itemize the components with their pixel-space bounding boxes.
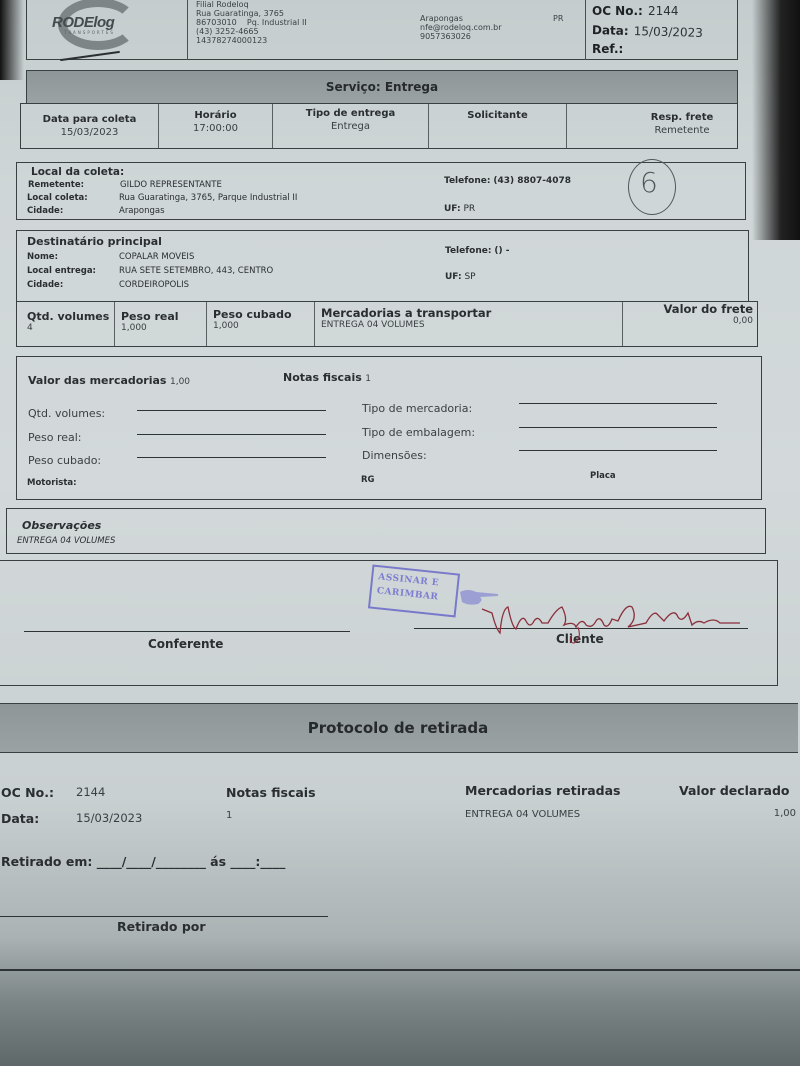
branch-info: Filial Rodeloq Rua Guaratinga, 3765 8670… [196, 0, 307, 45]
branch-doc: 14378274000123 [196, 36, 307, 45]
service-table: Data para coleta 15/03/2023 Horário 17:0… [20, 103, 738, 149]
cargo-qty: Qtd. volumes 4 [17, 302, 115, 346]
service-col-time: Horário 17:00:00 [159, 104, 273, 148]
withdrawn-by-label: Retirado por [117, 919, 206, 934]
cargo-table: Qtd. volumes 4 Peso real 1,000 Peso cuba… [16, 301, 758, 347]
service-col-delivery-type: Tipo de entrega Entrega [273, 104, 429, 148]
branch-street: Rua Guaratinga, 3765 [196, 9, 307, 18]
date-value: 15/03/2023 [634, 24, 704, 40]
field-weight-line[interactable] [137, 434, 326, 435]
protocol-goods-label: Mercadorias retiradas [465, 783, 620, 798]
protocol-oc-value: 2144 [76, 785, 105, 799]
branch-state: PR [553, 14, 563, 23]
notes-section [6, 508, 766, 554]
recipient-place-row: Local entrega: RUA SETE SETEMBRO, 443, C… [27, 266, 273, 276]
logo-text: RODElog [52, 14, 114, 31]
service-col-pickup-date: Data para coleta 15/03/2023 [21, 104, 159, 148]
checker-signature-line[interactable] [24, 631, 350, 632]
branch-city: Arapongas [420, 14, 502, 23]
pickup-city: Arapongas [119, 206, 165, 216]
withdrawn-by-signature-line[interactable] [0, 916, 328, 917]
branch-phone: (43) 3252-4665 [196, 27, 307, 36]
service-col-freight-resp: Resp. frete Remetente [567, 104, 737, 148]
rg-label: RG [361, 475, 375, 485]
photo-shadow-left [0, 0, 24, 80]
notes-text: ENTREGA 04 VOLUMES [17, 536, 115, 546]
branch-zip-district: 86703010 Pq. Industrial II [196, 18, 307, 27]
cargo-cubic-weight: Peso cubado 1,000 [207, 302, 315, 346]
oc-value: 2144 [648, 4, 679, 18]
field-dimensions-line[interactable] [519, 450, 717, 451]
protocol-invoices-value: 1 [226, 810, 232, 821]
logo-subtext: TRANSPORTES [64, 30, 115, 35]
order-info: OC No.: 2144 Data: 15/03/2023 Ref.: [592, 1, 703, 58]
branch-contact: Arapongas nfe@rodeloq.com.br 9057363026 [420, 14, 502, 41]
protocol-declared-value: 1,00 [774, 808, 796, 819]
goods-value: Valor das mercadorias 1,00 [28, 374, 190, 387]
pickup-uf: UF: PR [444, 204, 475, 214]
branch-name: Filial Rodeloq [196, 0, 307, 9]
field-goods-type-line[interactable] [519, 403, 717, 404]
field-cubic-label: Peso cubado: [28, 454, 101, 467]
ref-label: Ref.: [592, 42, 623, 56]
cargo-weight: Peso real 1,000 [115, 302, 207, 346]
recipient-city-row: Cidade: CORDEIROPOLIS [27, 280, 189, 290]
company-logo: RODElog TRANSPORTES [40, 0, 150, 58]
photo-shadow-right [752, 0, 800, 240]
notes-title: Observações [22, 519, 101, 532]
field-cubic-line[interactable] [137, 457, 326, 458]
date-label: Data: [592, 23, 629, 38]
plate-label: Placa [590, 471, 616, 481]
pickup-phone: Telefone: (43) 8807-4078 [444, 176, 571, 186]
pickup-sender-row: Remetente: GILDO REPRESENTANTE [28, 180, 222, 190]
bottom-divider [0, 969, 800, 971]
field-goods-type-label: Tipo de mercadoria: [362, 402, 472, 415]
recipient-phone: Telefone: () - [445, 246, 509, 256]
oc-label: OC No.: [592, 4, 643, 18]
field-qty-line[interactable] [137, 410, 326, 411]
cargo-freight-value: Valor do frete 0,00 [623, 302, 757, 346]
recipient-city: CORDEIROPOLIS [119, 280, 189, 290]
protocol-goods-value: ENTREGA 04 VOLUMES [465, 809, 580, 820]
field-weight-label: Peso real: [28, 431, 82, 444]
pickup-place-row: Local coleta: Rua Guaratinga, 3765, Parq… [27, 193, 297, 203]
field-packaging-line[interactable] [519, 427, 717, 428]
protocol-title: Protocolo de retirada [0, 703, 798, 753]
document-paper: RODElog TRANSPORTES Filial Rodeloq Rua G… [0, 0, 800, 1066]
service-title: Serviço: Entrega [26, 70, 738, 104]
recipient-name: COPALAR MOVEIS [119, 252, 194, 262]
withdrawn-at-field[interactable]: Retirado em: ____/____/________ ás ____:… [1, 854, 285, 869]
goods-invoices: Notas fiscais 1 [283, 371, 371, 384]
field-qty-label: Qtd. volumes: [28, 407, 105, 420]
protocol-date-label: Data: [1, 811, 39, 826]
checker-label: Conferente [148, 637, 223, 651]
protocol-oc-label: OC No.: [1, 785, 54, 800]
pickup-place: Rua Guaratinga, 3765, Parque Industrial … [119, 193, 297, 203]
handwritten-circled-number: 6 [628, 159, 676, 215]
branch-ie: 9057363026 [420, 32, 502, 41]
branch-email: nfe@rodeloq.com.br [420, 23, 502, 32]
pickup-city-row: Cidade: Arapongas [27, 206, 165, 216]
protocol-date-value: 15/03/2023 [76, 811, 142, 825]
recipient-name-row: Nome: COPALAR MOVEIS [27, 252, 194, 262]
header-divider-2 [585, 0, 586, 60]
driver-label: Motorista: [27, 478, 77, 488]
pickup-title: Local da coleta: [31, 166, 124, 178]
field-packaging-label: Tipo de embalagem: [362, 426, 475, 439]
pickup-sender: GILDO REPRESENTANTE [120, 180, 222, 190]
service-col-requester: Solicitante [429, 104, 567, 148]
header-divider [187, 0, 188, 60]
client-signature [478, 599, 758, 649]
field-dimensions-label: Dimensões: [362, 449, 427, 462]
protocol-invoices-label: Notas fiscais [226, 785, 316, 800]
recipient-place: RUA SETE SETEMBRO, 443, CENTRO [119, 266, 273, 276]
cargo-goods: Mercadorias a transportar ENTREGA 04 VOL… [315, 302, 623, 346]
recipient-title: Destinatário principal [27, 235, 162, 248]
sign-and-stamp-mark: ASSINAR E CARIMBAR [368, 565, 460, 618]
recipient-uf: UF: SP [445, 272, 476, 282]
protocol-declared-label: Valor declarado [679, 783, 790, 798]
